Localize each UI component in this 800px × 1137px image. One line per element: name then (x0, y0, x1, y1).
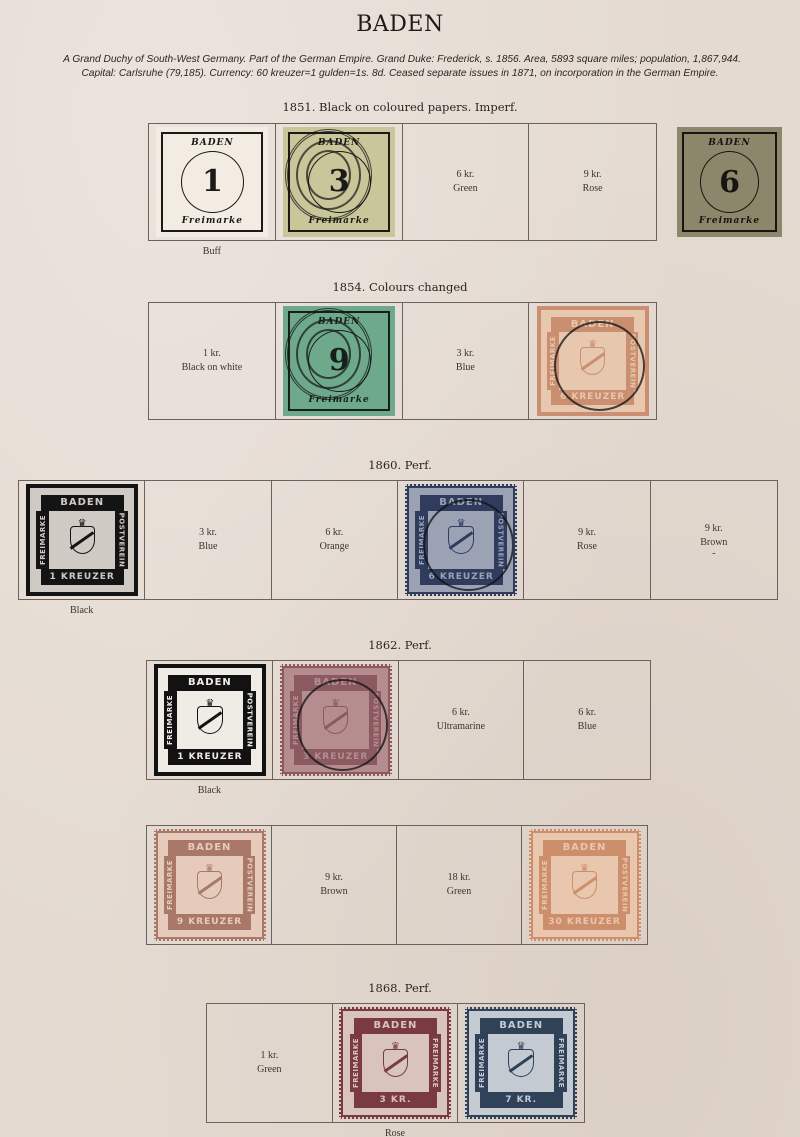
stamp-image: BADEN9Freimarke (283, 306, 395, 416)
stamp-bottom-text: Freimarke (168, 213, 258, 230)
empty-stamp-space: 9 kr.Brown- (651, 481, 777, 599)
stamp-left-text: FREIMARKE (36, 511, 48, 569)
stamp-image: BADEN3Freimarke (283, 127, 395, 237)
stamp-right-text: FREIMARKE (429, 1034, 441, 1092)
stamp-denomination: 9 kr. (578, 526, 596, 540)
mounted-stamp-space: BADEN1FreimarkeBuff (149, 124, 276, 240)
empty-stamp-space: 3 kr.Blue (145, 481, 271, 599)
stamp-left-text: FREIMARKE (164, 856, 176, 914)
stamp-right-text: POSTVEREIN (243, 691, 255, 749)
stamp-color: Blue (199, 540, 218, 554)
stamp-left-text: FREIMARKE (475, 1034, 487, 1092)
stamp-denomination: 9 kr. (584, 168, 602, 182)
empty-stamp-space: 1 kr.Black on white (149, 303, 276, 419)
shield-icon: ♛ (70, 526, 95, 554)
postmark-cancel (285, 308, 372, 400)
shield-icon: ♛ (197, 871, 222, 899)
stamp-center: 6 (700, 153, 759, 210)
stamp-bottom-text: 30 KREUZER (543, 914, 626, 930)
stamp-left-label: FREIMARKE (36, 515, 50, 565)
coat-of-arms: ♛ (555, 858, 613, 912)
stamp-denomination: 6 kr. (578, 706, 596, 720)
stamp-denomination: 9 kr. (705, 522, 723, 536)
stamp-caption: Rose (333, 1127, 458, 1137)
stamp-denomination: 1 kr. (203, 347, 221, 361)
stamp-color: Rose (577, 540, 597, 554)
stamp-color: Green (453, 182, 477, 196)
empty-stamp-space: 18 kr.Green (397, 826, 522, 944)
stamp-right-text: FREIMARKE (554, 1034, 566, 1092)
loose-stamp-1851-6kr: BADEN6Freimarke (677, 127, 782, 237)
stamp-left-text: FREIMARKE (350, 1034, 362, 1092)
stamp-denomination: 3 kr. (199, 526, 217, 540)
crown-icon: ♛ (205, 862, 214, 876)
stamp-top-text: BADEN (41, 495, 124, 511)
stamp-left-text: FREIMARKE (164, 691, 176, 749)
empty-stamp-space: 9 kr.Rose (524, 481, 650, 599)
stamp-strip-1868: 1 kr.GreenBADENFREIMARKEFREIMARKE♛3 KR.R… (206, 1003, 585, 1123)
stamp-right-label: FREIMARKE (428, 1038, 442, 1088)
postmark-cancel (297, 679, 388, 770)
stamp-bottom-text: 1 KREUZER (41, 569, 124, 585)
stamp-bottom-text: 3 KR. (354, 1092, 437, 1108)
stamp-denomination: 1 kr. (260, 1049, 278, 1063)
stamp-caption: Black (19, 604, 144, 618)
stamp-left-label: FREIMARKE (475, 1038, 489, 1088)
stamp-strip-1862-continued: BADENFREIMARKEPOSTVEREIN♛9 KREUZER9 kr.B… (146, 825, 648, 945)
stamp-image: BADENFREIMARKEPOSTVEREIN♛1 KREUZER (26, 484, 138, 596)
empty-stamp-space: 9 kr.Brown (272, 826, 397, 944)
stamp-left-label: FREIMARKE (163, 860, 177, 910)
crown-icon: ♛ (580, 862, 589, 876)
mounted-stamp-space: BADENFREIMARKEPOSTVEREIN♛1 KREUZERBlack (19, 481, 145, 599)
coat-of-arms: ♛ (53, 513, 111, 567)
shield-icon: ♛ (197, 706, 222, 734)
stamp-left-label: FREIMARKE (163, 695, 177, 745)
stamp-image: BADEN1Freimarke (156, 127, 268, 237)
stamp-top-text: BADEN (168, 840, 251, 856)
stamp-caption: Buff (149, 245, 275, 259)
stamp-color: Ultramarine (437, 720, 485, 734)
stamp-top-text: BADEN (688, 135, 772, 152)
stamp-image: BADENFREIMARKEPOSTVEREIN♛3 KREUZER (280, 664, 392, 776)
coat-of-arms: ♛ (492, 1036, 550, 1090)
empty-stamp-space: 3 kr.Blue (403, 303, 530, 419)
stamp-note: - (712, 550, 715, 558)
stamp-strip-1860: BADENFREIMARKEPOSTVEREIN♛1 KREUZERBlack3… (18, 480, 778, 600)
stamp-bottom-text: 1 KREUZER (168, 749, 251, 765)
stamp-strip-1851: BADEN1FreimarkeBuffBADEN3Freimarke6 kr.G… (148, 123, 657, 241)
stamp-right-label: POSTVEREIN (242, 693, 256, 748)
mounted-stamp-space: BADENFREIMARKEPOSTVEREIN♛6 KREUZER (398, 481, 524, 599)
stamp-color: Blue (456, 361, 475, 375)
shield-icon: ♛ (508, 1049, 533, 1077)
stamp-right-label: POSTVEREIN (242, 858, 256, 913)
stamp-left-label: FREIMARKE (349, 1038, 363, 1088)
stamp-color: Green (257, 1063, 281, 1077)
empty-stamp-space: 1 kr.Green (207, 1004, 333, 1122)
stamp-color: Orange (320, 540, 349, 554)
stamp-image: BADENFREIMARKEPOSTVEREIN♛6 KREUZER (405, 484, 517, 596)
stamp-image: BADENFREIMARKEFREIMARKE♛3 KR. (339, 1007, 451, 1119)
stamp-numeral: 1 (202, 175, 223, 189)
mounted-stamp-space: BADENFREIMARKEFREIMARKE♛3 KR.Rose (333, 1004, 459, 1122)
stamp-color: Rose (583, 182, 603, 196)
postmark-cancel (554, 321, 645, 411)
stamp-image: BADENFREIMARKEFREIMARKE♛7 KR. (465, 1007, 577, 1119)
coat-of-arms: ♛ (180, 858, 238, 912)
stamp-denomination: 3 kr. (456, 347, 474, 361)
stamp-strip-1862: BADENFREIMARKEPOSTVEREIN♛1 KREUZERBlackB… (146, 660, 651, 780)
crown-icon: ♛ (205, 697, 214, 711)
section-heading-1868: 1868. Perf. (0, 981, 800, 995)
country-description-line-2: Capital: Carlsruhe (79,185). Currency: 6… (0, 68, 800, 79)
stamp-right-label: POSTVEREIN (115, 513, 129, 568)
stamp-left-label: FREIMARKE (538, 860, 552, 910)
crown-icon: ♛ (391, 1040, 400, 1054)
mounted-stamp-space: BADENFREIMARKEPOSTVEREIN♛3 KREUZER (273, 661, 399, 779)
stamp-denomination: 18 kr. (448, 871, 471, 885)
stamp-top-text: BADEN (543, 840, 626, 856)
empty-stamp-space: 6 kr.Orange (272, 481, 398, 599)
stamp-strip-1854: 1 kr.Black on whiteBADEN9Freimarke3 kr.B… (148, 302, 657, 420)
crown-icon: ♛ (517, 1040, 526, 1054)
mounted-stamp-space: BADENFREIMARKEFREIMARKE♛7 KR. (458, 1004, 584, 1122)
stamp-color: Green (447, 885, 471, 899)
page-title: BADEN (0, 12, 800, 37)
empty-stamp-space: 9 kr.Rose (529, 124, 656, 240)
section-heading-1854: 1854. Colours changed (0, 280, 800, 294)
stamp-denomination: 6 kr. (452, 706, 470, 720)
stamp-bottom-text: Freimarke (688, 213, 772, 230)
stamp-top-text: BADEN (168, 675, 251, 691)
country-description-line-1: A Grand Duchy of South-West Germany. Par… (2, 54, 800, 65)
stamp-denomination: 9 kr. (325, 871, 343, 885)
shield-icon: ♛ (572, 871, 597, 899)
empty-stamp-space: 6 kr.Ultramarine (399, 661, 525, 779)
section-heading-1862: 1862. Perf. (0, 638, 800, 652)
shield-icon: ♛ (383, 1049, 408, 1077)
stamp-right-text: POSTVEREIN (618, 856, 630, 914)
stamp-denomination: 6 kr. (456, 168, 474, 182)
stamp-right-label: FREIMARKE (554, 1038, 568, 1088)
postmark-cancel (423, 499, 514, 590)
stamp-numeral: 6 (719, 165, 740, 200)
stamp-right-label: POSTVEREIN (617, 858, 631, 913)
empty-stamp-space: 6 kr.Green (403, 124, 530, 240)
stamp-color: Brown (320, 885, 347, 899)
mounted-stamp-space: BADEN9Freimarke (276, 303, 403, 419)
mounted-stamp-space: BADEN3Freimarke (276, 124, 403, 240)
stamp-denomination: 6 kr. (325, 526, 343, 540)
stamp-image: BADENFREIMARKEPOSTVEREIN♛1 KREUZER (154, 664, 266, 776)
postmark-cancel (285, 129, 372, 221)
mounted-stamp-space: BADENFREIMARKEPOSTVEREIN♛6 KREUZER (529, 303, 656, 419)
stamp-top-text: BADEN (480, 1018, 563, 1034)
section-heading-1851: 1851. Black on coloured papers. Imperf. (0, 100, 800, 114)
stamp-center: 1 (181, 153, 244, 210)
stamp-image: BADENFREIMARKEPOSTVEREIN♛6 KREUZER (537, 306, 649, 416)
stamp-top-text: BADEN (168, 135, 258, 152)
stamp-right-text: POSTVEREIN (243, 856, 255, 914)
stamp-color: Black on white (182, 361, 243, 375)
mounted-stamp-space: BADENFREIMARKEPOSTVEREIN♛9 KREUZER (147, 826, 272, 944)
coat-of-arms: ♛ (366, 1036, 424, 1090)
coat-of-arms: ♛ (181, 693, 239, 747)
stamp-color: Blue (578, 720, 597, 734)
stamp-bottom-text: 7 KR. (480, 1092, 563, 1108)
stamp-bottom-text: 9 KREUZER (168, 914, 251, 930)
stamp-right-text: POSTVEREIN (115, 511, 127, 569)
stamp-left-text: FREIMARKE (539, 856, 551, 914)
stamp-image: BADENFREIMARKEPOSTVEREIN♛9 KREUZER (154, 829, 266, 941)
section-heading-1860: 1860. Perf. (0, 458, 800, 472)
empty-stamp-space: 6 kr.Blue (524, 661, 650, 779)
stamp-caption: Black (147, 784, 272, 798)
mounted-stamp-space: BADENFREIMARKEPOSTVEREIN♛30 KREUZER (522, 826, 647, 944)
stamp-top-text: BADEN (354, 1018, 437, 1034)
stamp-image: BADENFREIMARKEPOSTVEREIN♛30 KREUZER (529, 829, 641, 941)
stamp-image: BADEN6Freimarke (677, 127, 782, 237)
crown-icon: ♛ (78, 517, 87, 531)
mounted-stamp-space: BADENFREIMARKEPOSTVEREIN♛1 KREUZERBlack (147, 661, 273, 779)
